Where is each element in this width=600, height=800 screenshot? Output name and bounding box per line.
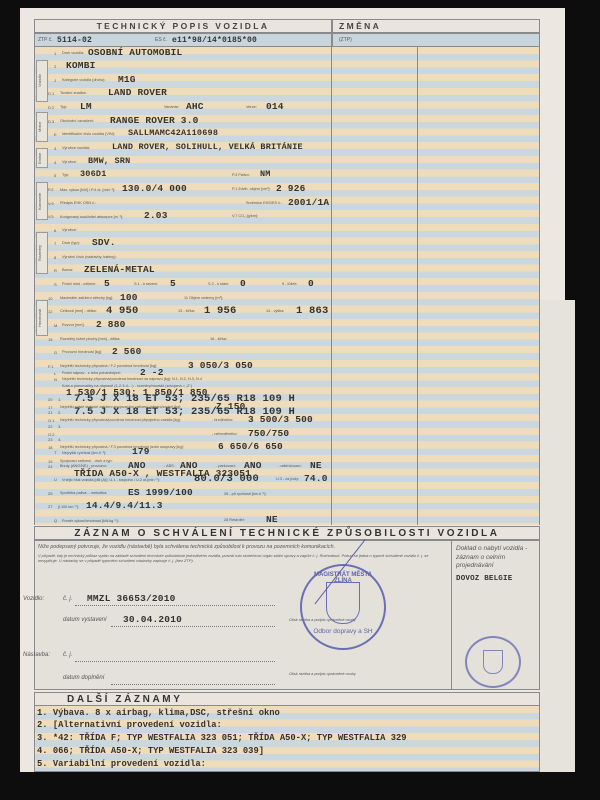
record-line-4: 4. 066; TŘÍDA A50-X; TYP WESTFALIA 323 0… <box>37 746 264 756</box>
axles-value: 2 -2 <box>140 367 164 378</box>
ztp-number: 5114-02 <box>57 35 92 47</box>
body-cj-line <box>75 660 275 662</box>
power-value: 130.0/4 000 <box>122 183 187 194</box>
es-label: ES č. <box>155 34 167 46</box>
body-label: Nástavba: <box>23 652 50 658</box>
customs-stamp <box>465 636 521 688</box>
wheel-2-value: 7.5 J X 18 ET 53; 235/65 R18 109 H <box>74 406 295 418</box>
record-line-1: 1. Výbava. 8 x airbag, klima,DSC, střešn… <box>37 708 280 718</box>
change-title: ZMĚNA <box>339 21 381 31</box>
beds-value: 0 <box>308 278 314 289</box>
height-value: 1 863 <box>296 305 329 317</box>
acquisition-panel: Doklad o nabytí vozidla - záznam o celní… <box>456 545 536 579</box>
absorption-value: 2.03 <box>144 210 168 221</box>
record-line-5: 5. Variabilní provedení vozidla: <box>37 759 206 769</box>
engine-type-value: 306D1 <box>80 169 107 179</box>
completion-date-line <box>111 683 275 685</box>
max-weight-value: 3 050/3 050 <box>188 360 253 371</box>
seats-total-value: 5 <box>104 278 110 289</box>
change-title-bar: ZMĚNA <box>332 19 540 33</box>
vehicle-label: Vozidlo: <box>23 596 44 602</box>
side-tab-weights: Hmotnosti <box>36 300 48 336</box>
fuel-method-value: ES 1999/100 <box>128 487 193 498</box>
issue-date-line <box>111 625 275 627</box>
acquisition-value: DOVOZ BELGIE <box>456 575 536 583</box>
stamp-caption-2: Otisk razítka a podpis oprávněné osoby <box>289 672 356 676</box>
body-type-value: KOMBI <box>66 60 96 71</box>
title-bar: TECHNICKÝ POPIS VOZIDLA <box>34 19 332 33</box>
ztp-label: ZTP č. <box>38 34 53 46</box>
issue-date-label: datum vystavení <box>63 617 107 623</box>
approval-left-panel: Níže podepsaný potvrzuje, že vozidlu (ná… <box>35 541 452 689</box>
further-records-section: 1. Výbava. 8 x airbag, klima,DSC, střešn… <box>34 706 540 772</box>
roof-load-value: 100 <box>120 292 138 303</box>
approval-section: Níže podepsaný potvrzuje, že vozidlu (ná… <box>34 540 540 690</box>
operating-weight-value: 2 560 <box>112 346 142 357</box>
seats-standing-value: 0 <box>240 278 246 289</box>
trailer-unbraked-value: 750/750 <box>248 428 289 439</box>
vehicle-type-value: OSOBNÍ AUTOMOBIL <box>88 47 182 58</box>
noise-driving-value: 74.0 <box>304 473 328 484</box>
background-surface <box>0 772 600 800</box>
consumption-value: 14.4/9.4/11.3 <box>86 500 163 511</box>
directive-value: 2001/1A <box>288 197 329 208</box>
brakes-retarder-value: NE <box>310 460 322 471</box>
seats-sitting-value: 5 <box>170 278 176 289</box>
ztp-row: ZTP č. 5114-02 ES č. e11*98/14*0185*00 <box>34 33 332 47</box>
change-table <box>332 47 540 525</box>
side-tab-body: Karoserie <box>36 182 48 220</box>
wheelbase-value: 2 880 <box>96 319 126 330</box>
document-title: TECHNICKÝ POPIS VOZIDLA <box>97 21 270 31</box>
wheel-1-value: 7.5 J X 18 ET 53; 235/65 R18 109 H <box>74 393 295 405</box>
approval-section-title: ZÁZNAM O SCHVÁLENÍ TECHNICKÉ ZPŮSOBILOST… <box>34 526 540 540</box>
fuel-value: NM <box>260 169 271 179</box>
retarder-value: NE <box>266 514 278 525</box>
change-table-divider <box>417 47 418 525</box>
coat-of-arms-icon <box>326 582 360 624</box>
further-records-title: DALŠÍ ZÁZNAMY <box>34 692 540 706</box>
manufacturer-value: LAND ROVER, SOLIHULL, VELKÁ BRITÁNIE <box>112 142 303 152</box>
brakes-parking-value: ANO <box>244 460 262 471</box>
side-tab-engine: Motor <box>36 112 48 142</box>
es-number: e11*98/14*0185*00 <box>172 35 257 47</box>
customs-coat-of-arms-icon <box>483 650 503 674</box>
version-value: 014 <box>266 101 284 112</box>
make-value: LAND ROVER <box>108 87 167 98</box>
length-value: 4 950 <box>106 305 139 317</box>
engine-manufacturer-value: BMW, SRN <box>88 156 130 166</box>
side-tab-emissions: Emise <box>36 148 48 168</box>
approval-note: V případě, kdy je technický průkaz vydán… <box>38 553 446 563</box>
change-ztp-label: (ZTP) <box>339 34 352 46</box>
trade-name-value: RANGE ROVER 3.0 <box>110 115 199 126</box>
issue-date-value: 30.04.2010 <box>123 614 182 625</box>
approval-statement: Níže podepsaný potvrzuje, že vozidlu (ná… <box>38 544 335 550</box>
official-stamp: MAGISTRÁT MĚSTA ZLÍNA Odbor dopravy a SH <box>300 564 386 650</box>
max-speed-value: 179 <box>132 446 150 457</box>
combination-weight-value: 6 650/6 650 <box>218 441 283 452</box>
vehicle-cj-line <box>75 604 275 606</box>
width-value: 1 956 <box>204 305 237 317</box>
side-tab-vehicle: Vozidlo <box>36 60 48 102</box>
category-value: M1G <box>118 74 136 85</box>
stamp-top-text: MAGISTRÁT MĚSTA ZLÍNA <box>308 572 378 584</box>
document-paper-edge <box>540 300 575 800</box>
side-tab-dimensions: Rozměry <box>36 232 48 274</box>
acquisition-label: Doklad o nabytí vozidla - záznam o celní… <box>456 545 536 571</box>
record-line-2: 2. [Alternativní provedení vozidla: <box>37 720 222 730</box>
body-cj-label: č. j. <box>63 652 72 658</box>
vin-value: SALLMAMC42A110698 <box>128 128 218 138</box>
brakes-service-value: ANO <box>128 460 146 471</box>
vehicle-cj-label: č. j. <box>63 596 72 602</box>
body-kind-value: SDV. <box>92 237 116 248</box>
stamp-bottom-text: Odbor dopravy a SH <box>306 628 380 635</box>
variant-value: AHC <box>186 101 204 112</box>
record-line-3: 3. *42: TŘÍDA F; TYP WESTFALIA 323 051; … <box>37 733 407 743</box>
model-value: LM <box>80 101 92 112</box>
vehicle-cj-value: MMZL 36653/2010 <box>87 593 176 604</box>
noise-stationary-value: 80.0/3 000 <box>194 473 259 485</box>
change-ztp-row: (ZTP) <box>332 33 540 47</box>
color-value: ZELENÁ-METAL <box>84 264 155 275</box>
completion-date-label: datum doplnění <box>63 675 104 681</box>
brakes-abs-value: ANO <box>180 460 198 471</box>
displacement-value: 2 926 <box>276 183 306 194</box>
